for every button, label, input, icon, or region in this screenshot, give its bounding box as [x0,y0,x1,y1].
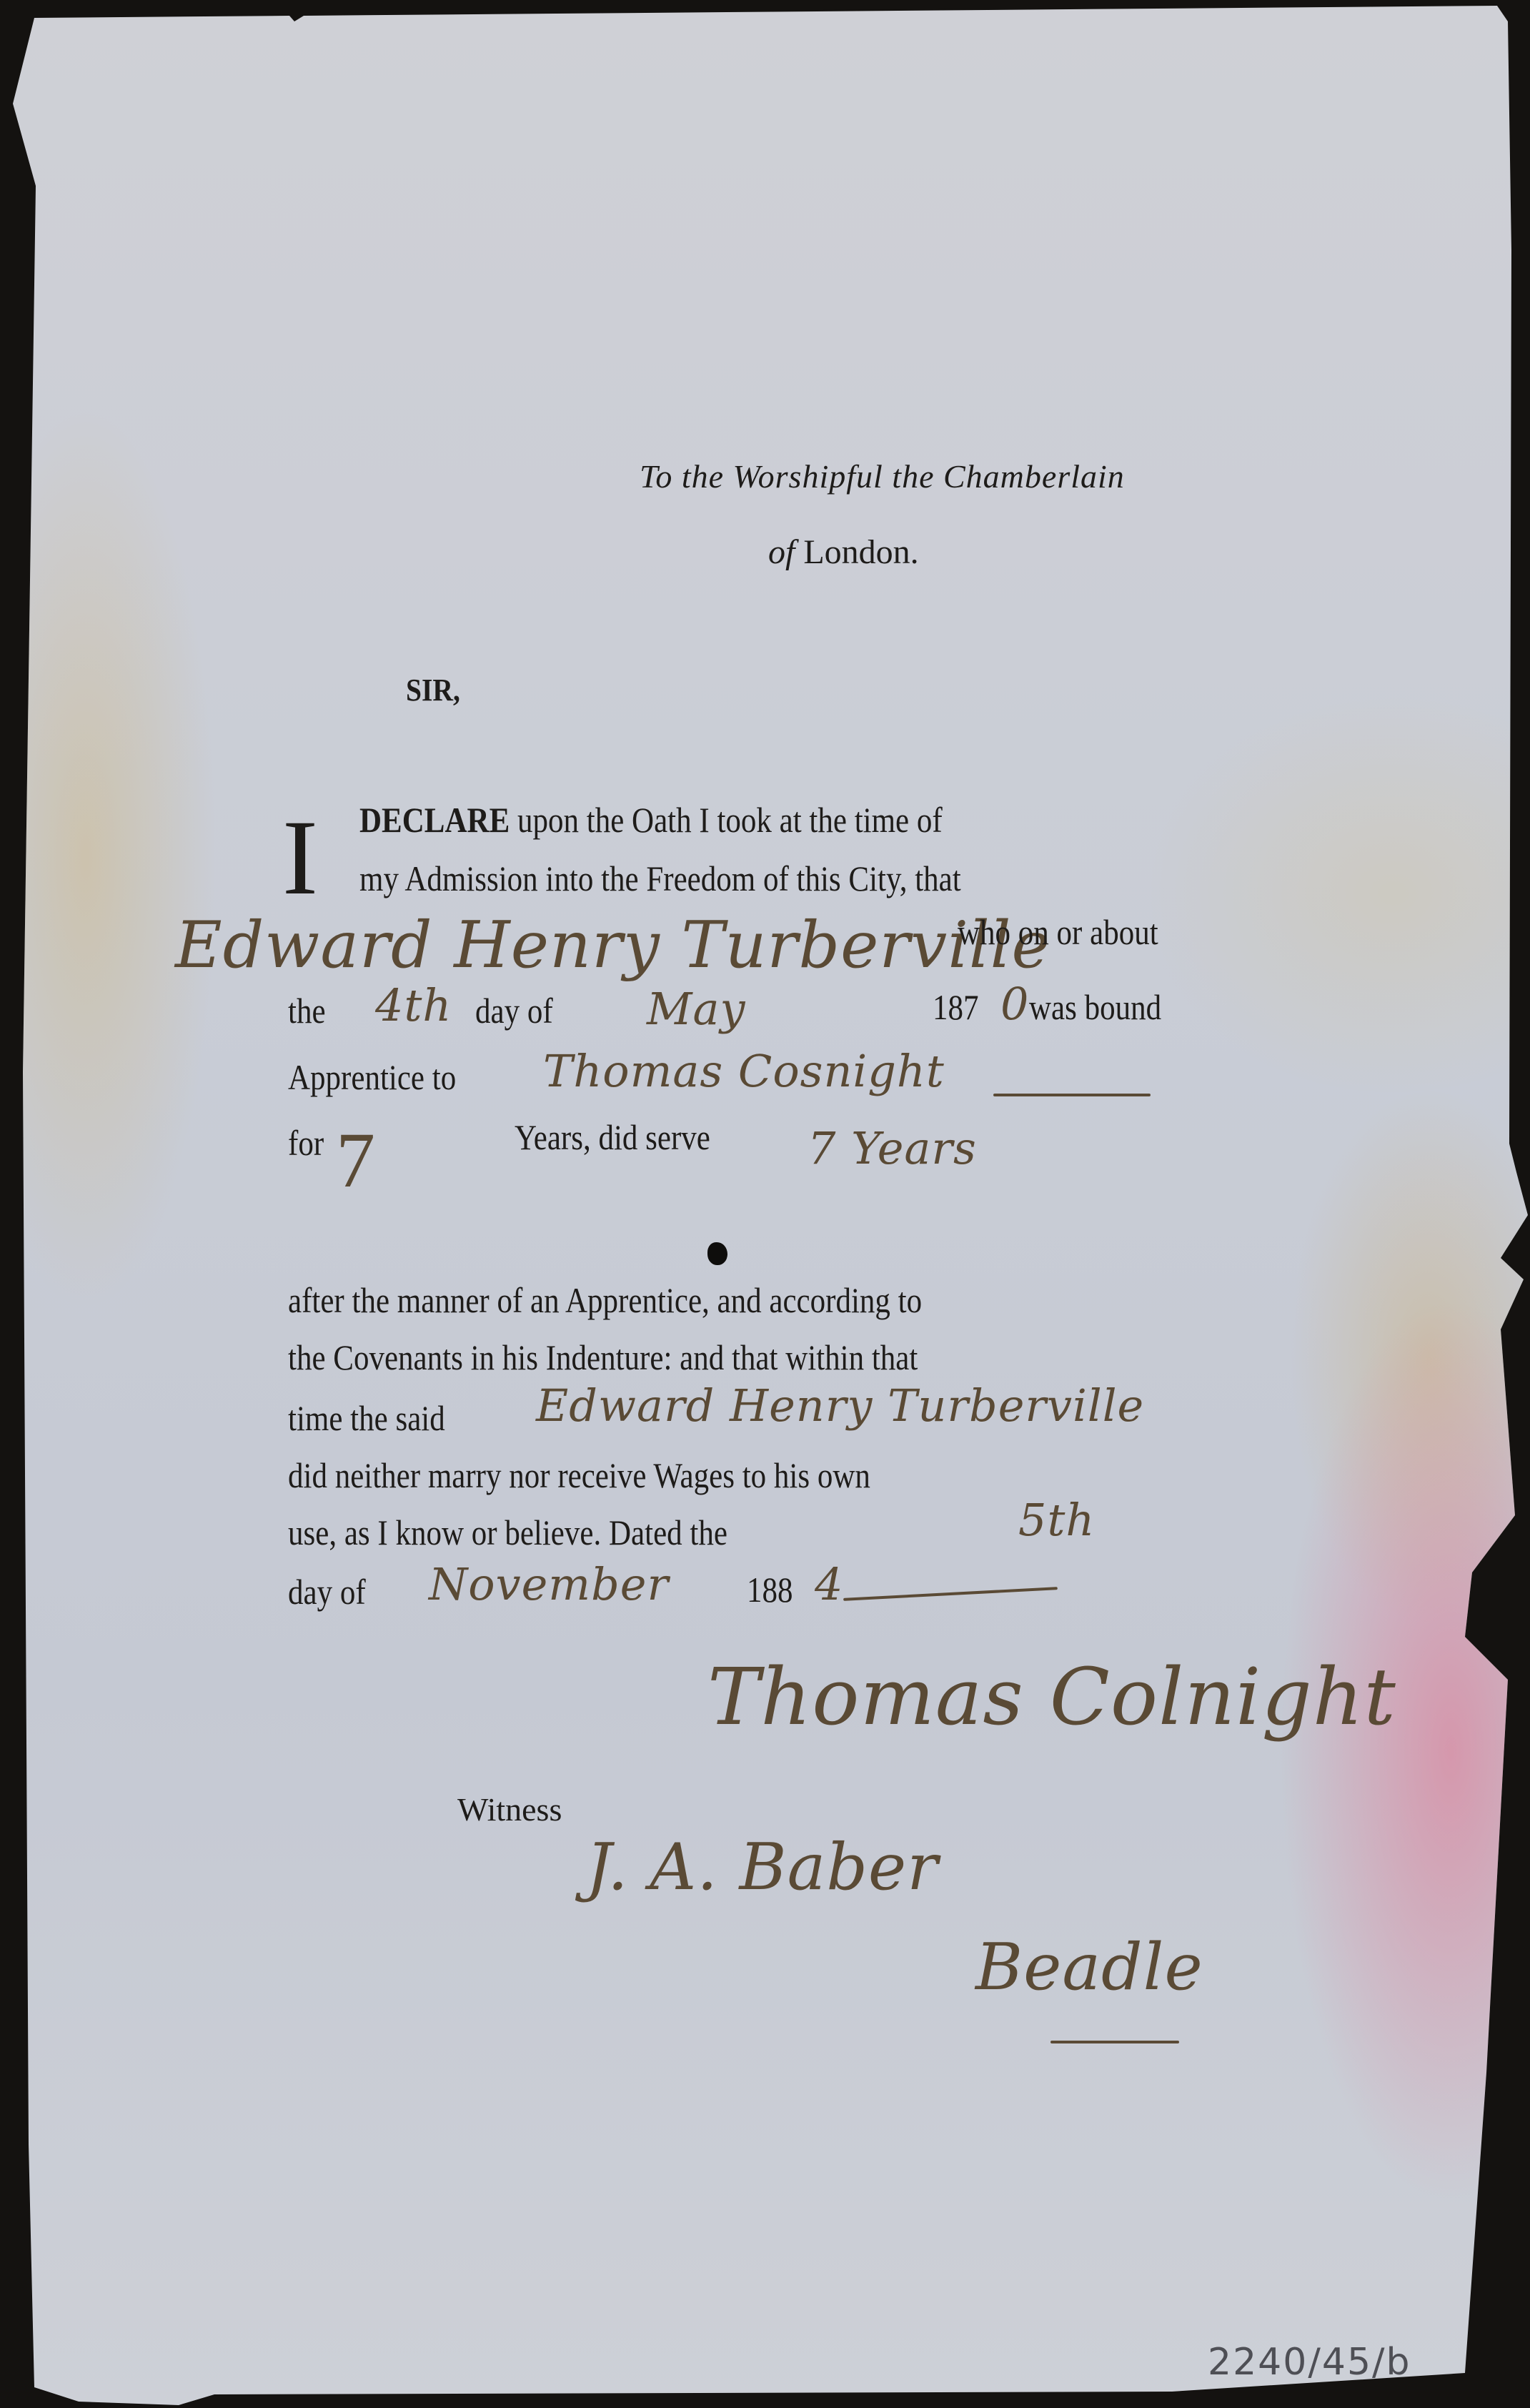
witness-title-underline [1050,2041,1179,2043]
body-line-4-was-bound: was bound [1029,986,1161,1028]
body-line-7: after the manner of an Apprentice, and a… [288,1279,922,1321]
address-of: of [768,533,795,571]
punch-hole [707,1242,727,1265]
body-line-1: DECLARE upon the Oath I took at the time… [359,799,943,841]
witness-label: Witness [457,1790,562,1828]
handwritten-bound-day: 4th [375,979,452,1031]
handwritten-dated-month: November [429,1558,669,1610]
handwritten-signature: Thomas Colnight [707,1651,1396,1743]
body-line-10: did neither marry nor receive Wages to h… [288,1455,870,1496]
body-line-1-rest: upon the Oath I took at the time of [510,800,942,840]
handwritten-term-years: 7 [336,1115,376,1206]
document-scan: To the Worshipful the Chamberlain of Lon… [0,0,1530,2408]
handwritten-witness-title: Beadle [975,1930,1203,2005]
handwritten-witness-name: J. A. Baber [586,1830,938,1905]
handwritten-master-name: Thomas Cosnight [543,1045,945,1097]
handwritten-dated-day: 5th [1018,1494,1095,1546]
body-line-4-the: the [288,990,326,1031]
declare-word: DECLARE [359,800,510,840]
body-line-11: use, as I know or believe. Dated the [288,1512,727,1553]
body-line-6-for: for [288,1122,324,1164]
body-line-8: the Covenants in his Indenture: and that… [288,1337,918,1378]
handwritten-bound-month: May [647,983,745,1035]
address-line-1: To the Worshipful the Chamberlain [640,457,1125,495]
address-london: London. [803,533,918,571]
master-name-underline [993,1094,1151,1096]
body-line-3: who on or about [958,911,1158,953]
body-line-4-day-of: day of [475,990,553,1031]
handwritten-apprentice-name-repeat: Edward Henry Turberville [536,1379,1144,1432]
paper-sheet [0,0,1530,2408]
archive-reference-number: 2240/45/b [1208,2341,1411,2384]
handwritten-bound-year-digit: 0 [1000,978,1029,1030]
handwritten-apprentice-name: Edward Henry Turberville [175,908,1050,983]
handwritten-dated-year-digit: 4 [815,1558,843,1610]
body-line-12-day-of: day of [288,1571,366,1612]
body-line-5: Apprentice to [288,1056,456,1098]
body-line-4-year: 187 [933,986,979,1028]
handwritten-served-years: 7 Years [808,1122,977,1174]
body-line-6-years-did-serve: Years, did serve [515,1116,710,1158]
body-line-12-year: 188 [747,1569,793,1610]
body-line-9: time the said [288,1397,445,1439]
salutation: SIR, [406,672,460,708]
dropcap-i: I [282,804,318,911]
address-line-2: of London. [768,532,919,572]
body-line-2: my Admission into the Freedom of this Ci… [359,858,961,899]
